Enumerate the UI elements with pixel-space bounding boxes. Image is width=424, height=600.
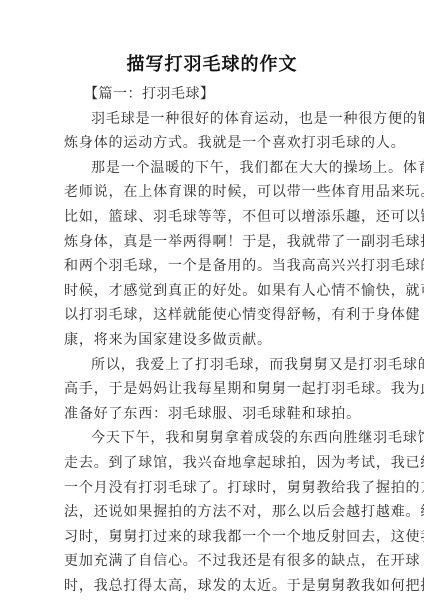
paragraph-line: 习时，舅舅打过来的球我都一个一个地反射回去，这使我	[64, 525, 364, 550]
paragraph-line: 羽毛球是一种很好的体育运动，也是一种很方便的锻	[64, 107, 364, 132]
document-title: 描写打羽毛球的作文	[0, 50, 424, 76]
paragraph-line: 以打羽毛球，这样就能使心情变得舒畅，有利于身体健	[64, 303, 364, 328]
paragraph-line: 更加充满了自信心。不过我还是有很多的缺点，在开球	[64, 549, 364, 574]
paragraph-line: 一个月没有打羽毛球了。打球时，舅舅教给我了握拍的方	[64, 476, 364, 501]
paragraph-line: 和两个羽毛球，一个是备用的。当我高高兴兴打羽毛球的	[64, 254, 364, 279]
paragraph-line: 今天下午，我和舅舅拿着成袋的东西向胜继羽毛球馆	[64, 426, 364, 451]
section-heading: 【篇一：打羽毛球】	[64, 82, 364, 107]
paragraph-line: 炼身体，真是一举两得啊！于是，我就带了一副羽毛球拍	[64, 230, 364, 255]
paragraph-line: 法，还说如果握拍的方法不对，那么以后会越打越难。练	[64, 500, 364, 525]
paragraph-line: 高手，于是妈妈让我每星期和舅舅一起打羽毛球。我为此	[64, 377, 364, 402]
paragraph-line: 时候，才感觉到真正的好处。如果有人心情不愉快，就可	[64, 279, 364, 304]
paragraph-line: 康，将来为国家建设多做贡献。	[64, 328, 364, 353]
paragraph-line: 时，我总打得太高，球发的太近。于是舅舅教我如何把握	[64, 574, 364, 599]
paragraph-line: 准备好了东西：羽毛球服、羽毛球鞋和球拍。	[64, 402, 364, 427]
paragraph-line: 那是一个温暖的下午，我们都在大大的操场上。体育	[64, 156, 364, 181]
paragraph-line: 比如，篮球、羽毛球等等，不但可以增添乐趣，还可以锻	[64, 205, 364, 230]
paragraph-line: 所以，我爱上了打羽毛球，而我舅舅又是打羽毛球的	[64, 353, 364, 378]
paragraph-line: 走去。到了球馆，我兴奋地拿起球拍，因为考试，我已经	[64, 451, 364, 476]
paragraph-line: 炼身体的运动方式。我就是一个喜欢打羽毛球的人。	[64, 131, 364, 156]
document-body: 【篇一：打羽毛球】 羽毛球是一种很好的体育运动，也是一种很方便的锻 炼身体的运动…	[64, 82, 364, 598]
paragraph-line: 老师说，在上体育课的时候，可以带一些体育用品来玩。	[64, 180, 364, 205]
